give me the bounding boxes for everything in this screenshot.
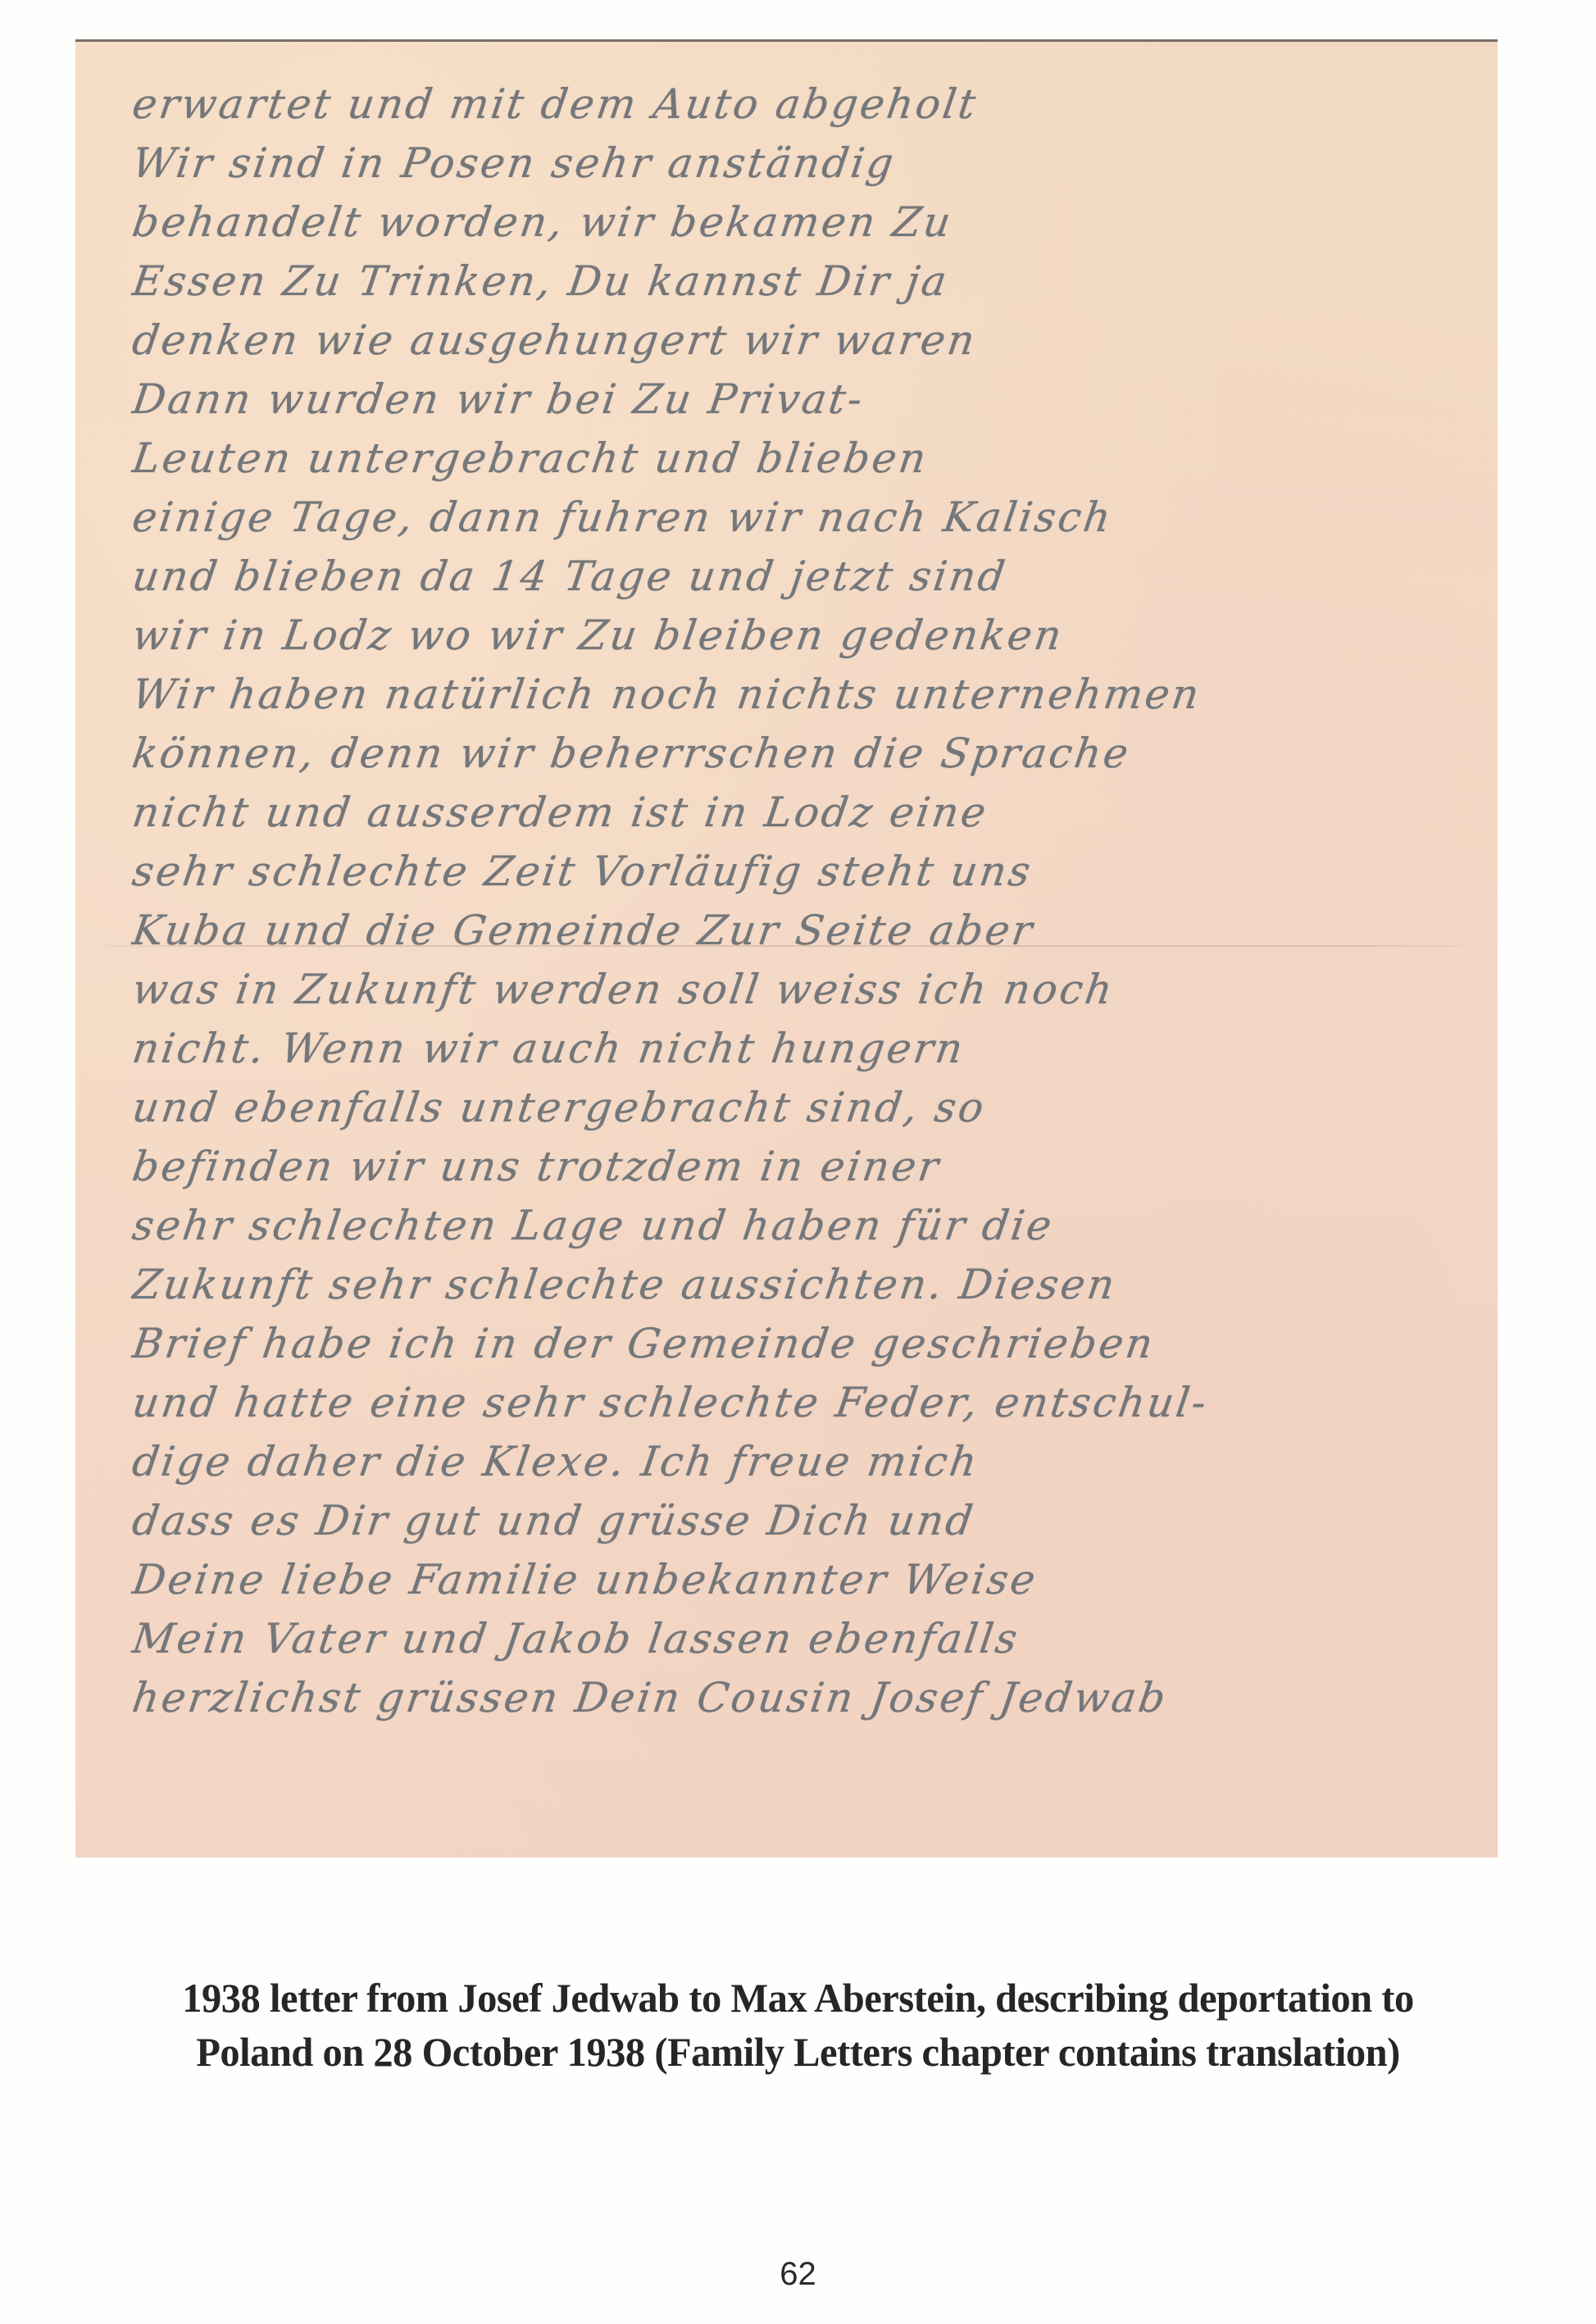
handwriting-line: dige daher die Klexe. Ich freue mich <box>129 1432 1465 1491</box>
handwriting-line: und ebenfalls untergebracht sind, so <box>129 1078 1465 1137</box>
handwriting-line: einige Tage, dann fuhren wir nach Kalisc… <box>129 488 1465 547</box>
handwriting-line: dass es Dir gut und grüsse Dich und <box>129 1491 1465 1550</box>
handwriting-line: erwartet und mit dem Auto abgeholt <box>129 75 1465 134</box>
handwriting-line: Deine liebe Familie unbekannter Weise <box>129 1550 1465 1609</box>
handwriting-line: können, denn wir beherrschen die Sprache <box>129 724 1465 783</box>
handwriting-line: wir in Lodz wo wir Zu bleiben gedenken <box>129 606 1465 665</box>
page-number: 62 <box>0 2256 1596 2293</box>
handwriting-line: Kuba und die Gemeinde Zur Seite aber <box>129 901 1465 960</box>
handwriting-line: nicht und ausserdem ist in Lodz eine <box>129 783 1465 842</box>
handwriting-line: herzlichst grüssen Dein Cousin Josef Jed… <box>129 1668 1465 1727</box>
handwriting-line: denken wie ausgehungert wir waren <box>129 311 1465 370</box>
handwriting-line: was in Zukunft werden soll weiss ich noc… <box>129 960 1465 1019</box>
handwriting-line: sehr schlechte Zeit Vorläufig steht uns <box>129 842 1465 901</box>
caption-line-2: Poland on 28 October 1938 (Family Letter… <box>24 2025 1572 2079</box>
handwriting-line: Dann wurden wir bei Zu Privat- <box>129 370 1465 429</box>
handwriting-line: Mein Vater und Jakob lassen ebenfalls <box>129 1609 1465 1668</box>
handwriting-line: befinden wir uns trotzdem in einer <box>129 1137 1465 1196</box>
handwriting-line: und blieben da 14 Tage und jetzt sind <box>129 547 1465 606</box>
handwriting-line: Essen Zu Trinken, Du kannst Dir ja <box>129 252 1465 311</box>
handwriting-line: Leuten untergebracht und blieben <box>129 429 1465 488</box>
figure-caption: 1938 letter from Josef Jedwab to Max Abe… <box>0 1971 1596 2079</box>
handwriting-line: und hatte eine sehr schlechte Feder, ent… <box>129 1373 1465 1432</box>
handwriting-line: Brief habe ich in der Gemeinde geschrieb… <box>129 1314 1465 1373</box>
handwriting-line: Wir sind in Posen sehr anständig <box>129 134 1465 193</box>
handwriting-line: behandelt worden, wir bekamen Zu <box>129 193 1465 252</box>
handwriting-line: Zukunft sehr schlechte aussichten. Diese… <box>129 1255 1465 1314</box>
handwriting-line: nicht. Wenn wir auch nicht hungern <box>129 1019 1465 1078</box>
handwriting-line: Wir haben natürlich noch nichts unterneh… <box>129 665 1465 724</box>
handwriting-line: sehr schlechten Lage und haben für die <box>129 1196 1465 1255</box>
letter-scan-image: erwartet und mit dem Auto abgeholt Wir s… <box>75 39 1498 1858</box>
handwritten-letter-text: erwartet und mit dem Auto abgeholt Wir s… <box>133 75 1461 1727</box>
caption-line-1: 1938 letter from Josef Jedwab to Max Abe… <box>24 1971 1572 2025</box>
